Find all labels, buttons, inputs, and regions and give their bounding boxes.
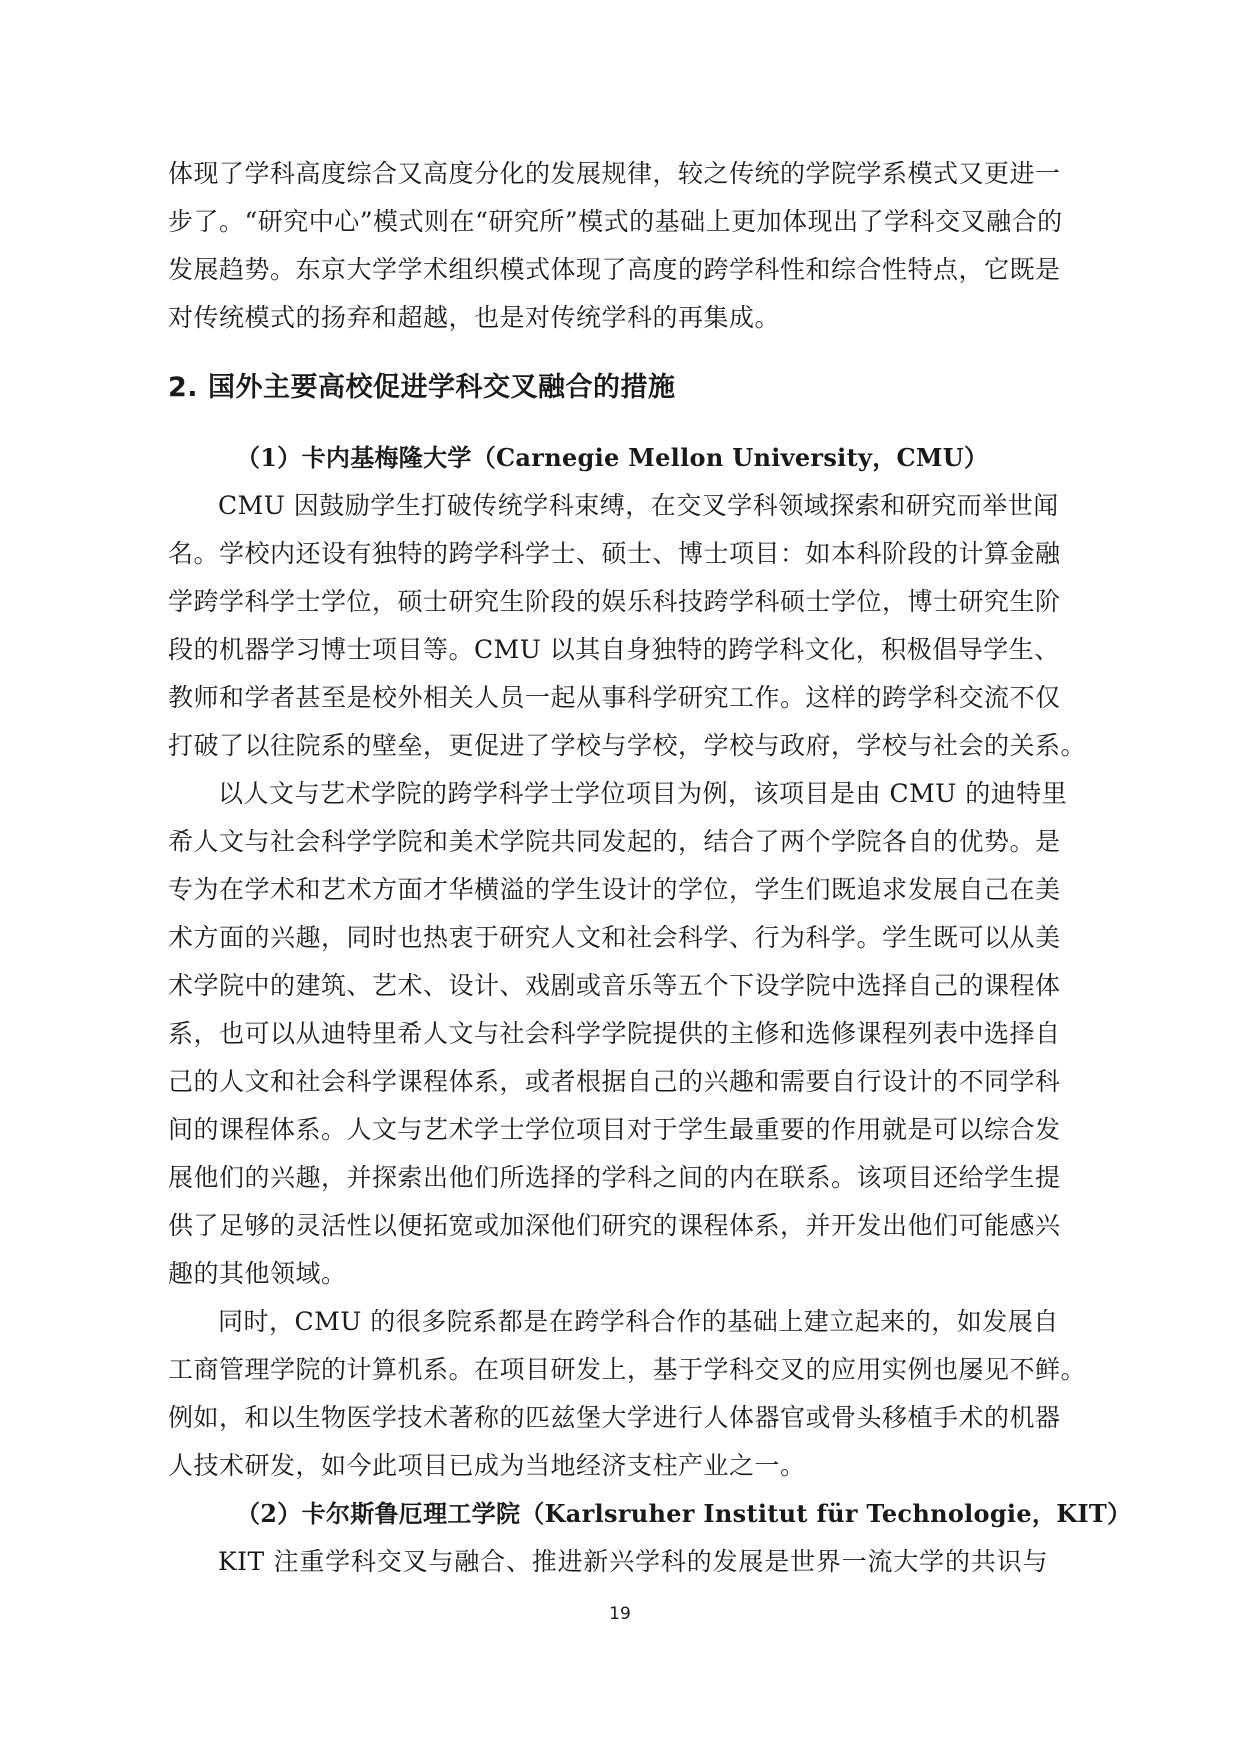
- text-line: 同时，CMU 的很多院系都是在跨学科合作的基础上建立起来的，如发展自: [168, 1298, 1048, 1346]
- intro-paragraph: 体现了学科高度综合又高度分化的发展规律，较之传统的学院学系模式又更进一 步了。“…: [168, 150, 1048, 342]
- cmu-paragraph-1: CMU 因鼓励学生打破传统学科束缚，在交叉学科领域探索和研究而举世闻 名。学校内…: [168, 482, 1048, 770]
- text-line: 对传统模式的扬弃和超越，也是对传统学科的再集成。: [168, 294, 1048, 342]
- subsection-heading: （1）卡内基梅隆大学（Carnegie Mellon University，CM…: [168, 434, 1048, 482]
- kit-paragraph-1: KIT 注重学科交叉与融合、推进新兴学科的发展是世界一流大学的共识与: [168, 1538, 1048, 1586]
- subsection-cmu: （1）卡内基梅隆大学（Carnegie Mellon University，CM…: [168, 434, 1048, 1490]
- text-line: 人技术研发，如今此项目已成为当地经济支柱产业之一。: [168, 1442, 1048, 1490]
- text-line: 希人文与社会科学学院和美术学院共同发起的，结合了两个学院各自的优势。是: [168, 818, 1048, 866]
- subsection-heading: （2）卡尔斯鲁厄理工学院（Karlsruher Institut für Tec…: [168, 1490, 1048, 1538]
- text-line: 术方面的兴趣，同时也热衷于研究人文和社会科学、行为科学。学生既可以从美: [168, 914, 1048, 962]
- text-line: 工商管理学院的计算机系。在项目研发上，基于学科交叉的应用实例也屡见不鲜。: [168, 1346, 1048, 1394]
- text-line: 打破了以往院系的壁垒，更促进了学校与学校，学校与政府，学校与社会的关系。: [168, 722, 1048, 770]
- text-line: 例如，和以生物医学技术著称的匹兹堡大学进行人体器官或骨头移植手术的机器: [168, 1394, 1048, 1442]
- text-line: 展他们的兴趣，并探索出他们所选择的学科之间的内在联系。该项目还给学生提: [168, 1154, 1048, 1202]
- text-line: 段的机器学习博士项目等。CMU 以其自身独特的跨学科文化，积极倡导学生、: [168, 626, 1048, 674]
- text-line: 系，也可以从迪特里希人文与社会科学学院提供的主修和选修课程列表中选择自: [168, 1010, 1048, 1058]
- text-line: 供了足够的灵活性以便拓宽或加深他们研究的课程体系，并开发出他们可能感兴: [168, 1202, 1048, 1250]
- text-line: 发展趋势。东京大学学术组织模式体现了高度的跨学科性和综合性特点，它既是: [168, 246, 1048, 294]
- text-line: 学跨学科学士学位，硕士研究生阶段的娱乐科技跨学科硕士学位，博士研究生阶: [168, 578, 1048, 626]
- text-line: 以人文与艺术学院的跨学科学士学位项目为例，该项目是由 CMU 的迪特里: [168, 770, 1048, 818]
- text-line: 名。学校内还设有独特的跨学科学士、硕士、博士项目：如本科阶段的计算金融: [168, 530, 1048, 578]
- section-heading: 2. 国外主要高校促进学科交叉融合的措施: [168, 368, 1048, 408]
- text-line: CMU 因鼓励学生打破传统学科束缚，在交叉学科领域探索和研究而举世闻: [168, 482, 1048, 530]
- cmu-paragraph-2: 以人文与艺术学院的跨学科学士学位项目为例，该项目是由 CMU 的迪特里 希人文与…: [168, 770, 1048, 1298]
- page-number: 19: [0, 1604, 1240, 1624]
- subsection-kit: （2）卡尔斯鲁厄理工学院（Karlsruher Institut für Tec…: [168, 1490, 1048, 1586]
- cmu-paragraph-3: 同时，CMU 的很多院系都是在跨学科合作的基础上建立起来的，如发展自 工商管理学…: [168, 1298, 1048, 1490]
- text-line: 己的人文和社会科学课程体系，或者根据自己的兴趣和需要自行设计的不同学科: [168, 1058, 1048, 1106]
- text-line: 步了。“研究中心”模式则在“研究所”模式的基础上更加体现出了学科交叉融合的: [168, 198, 1048, 246]
- text-line: 术学院中的建筑、艺术、设计、戏剧或音乐等五个下设学院中选择自己的课程体: [168, 962, 1048, 1010]
- text-line: 间的课程体系。人文与艺术学士学位项目对于学生最重要的作用就是可以综合发: [168, 1106, 1048, 1154]
- text-line: 专为在学术和艺术方面才华横溢的学生设计的学位，学生们既追求发展自己在美: [168, 866, 1048, 914]
- text-line: KIT 注重学科交叉与融合、推进新兴学科的发展是世界一流大学的共识与: [168, 1538, 1048, 1586]
- document-page: 体现了学科高度综合又高度分化的发展规律，较之传统的学院学系模式又更进一 步了。“…: [168, 150, 1048, 1586]
- text-line: 趣的其他领域。: [168, 1250, 1048, 1298]
- text-line: 教师和学者甚至是校外相关人员一起从事科学研究工作。这样的跨学科交流不仅: [168, 674, 1048, 722]
- text-line: 体现了学科高度综合又高度分化的发展规律，较之传统的学院学系模式又更进一: [168, 150, 1048, 198]
